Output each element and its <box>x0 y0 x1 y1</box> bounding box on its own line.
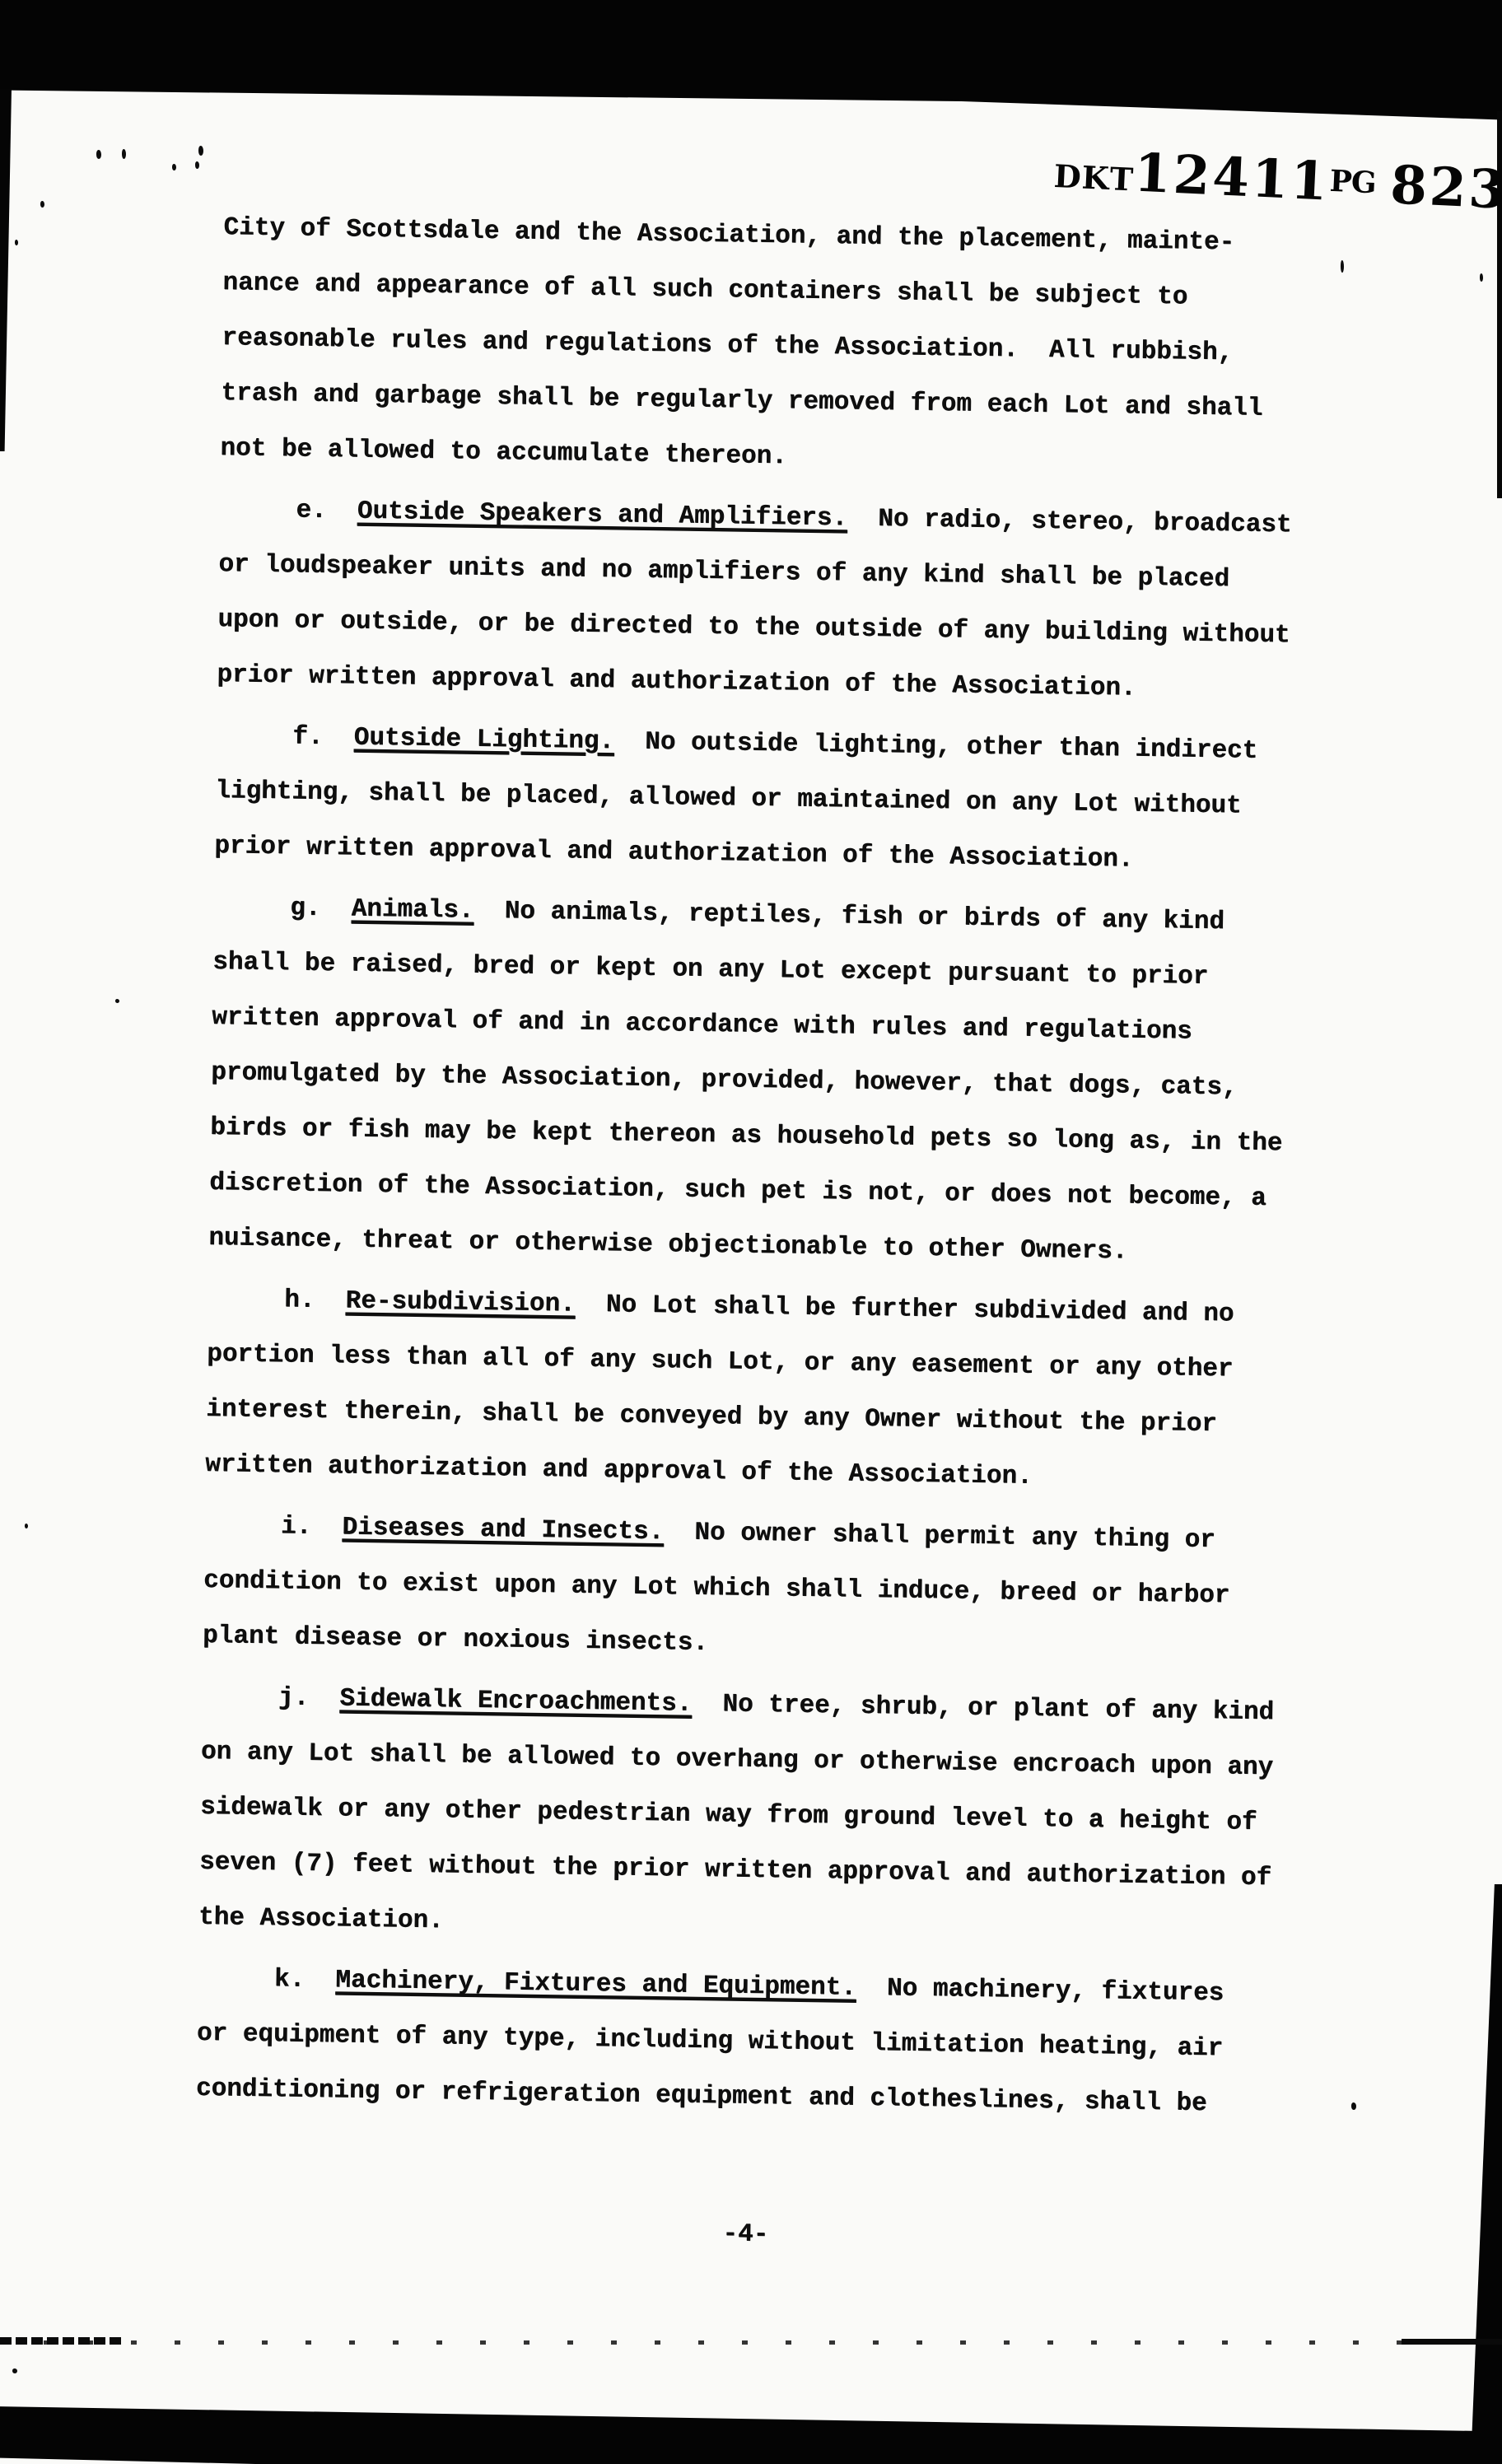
scan-band-top <box>0 0 1502 124</box>
page-number: -4- <box>194 2199 1298 2270</box>
scan-edge-right-wedge <box>1471 1884 1502 2464</box>
scan-speck <box>96 150 101 159</box>
paragraph: City of Scottsdale and the Association, … <box>220 200 1327 492</box>
section-intro: No machinery, fixtures <box>856 1974 1224 2009</box>
section-intro: No tree, shrub, or plant of any kind <box>692 1690 1274 1727</box>
scan-speck <box>115 999 119 1003</box>
scan-speck <box>25 1524 28 1528</box>
stamp-page-number: 823 <box>1389 154 1502 222</box>
paragraph: h. Re-subdivision. No Lot shall be furth… <box>205 1272 1312 1509</box>
section-letter: h. <box>208 1285 346 1315</box>
paragraph-intro: City of Scottsdale and the Association, … <box>223 213 1234 257</box>
section-letter: f. <box>216 721 354 752</box>
stamp-docket-number: 12411 <box>1133 142 1332 213</box>
section-intro: No owner shall permit any thing or <box>664 1518 1215 1555</box>
section-title: Re-subdivision. <box>345 1286 576 1318</box>
section-title: Outside Lighting. <box>354 723 615 756</box>
section-intro: No Lot shall be further subdivided and n… <box>575 1290 1234 1328</box>
stamp-docket-label: DKT <box>1053 157 1135 198</box>
scan-band-bottom <box>0 2388 1502 2464</box>
section-letter: g. <box>213 893 352 923</box>
paragraph: j. Sidewalk Encroachments. No tree, shru… <box>198 1669 1306 1962</box>
recorder-stamp: DKT12411PG823 <box>1052 138 1502 222</box>
scan-speck <box>198 146 203 156</box>
section-letter: j. <box>202 1682 340 1713</box>
paragraph: g. Animals. No animals, reptiles, fish o… <box>208 880 1318 1282</box>
scan-speck <box>122 149 126 159</box>
section-letter: i. <box>204 1511 343 1542</box>
section-intro: No outside lighting, other than indirect <box>614 727 1258 766</box>
sections-container: City of Scottsdale and the Association, … <box>195 200 1327 2133</box>
scan-speck <box>1480 273 1483 282</box>
paragraph: e. Outside Speakers and Amplifiers. No r… <box>217 482 1323 719</box>
section-title: Sidewalk Encroachments. <box>339 1684 692 1718</box>
section-intro: No animals, reptiles, fish or birds of a… <box>473 897 1224 937</box>
scan-speck <box>1341 260 1344 273</box>
paragraph: i. Diseases and Insects. No owner shall … <box>203 1498 1308 1680</box>
section-title: Animals. <box>351 894 473 925</box>
scan-speck <box>15 240 18 245</box>
section-letter: e. <box>219 495 357 525</box>
scan-speck <box>40 201 44 208</box>
scan-dotted-line <box>0 2340 1502 2345</box>
scan-dotted-line-left <box>0 2337 124 2345</box>
paragraph: k. Machinery, Fixtures and Equipment. No… <box>195 1951 1301 2133</box>
section-title: Machinery, Fixtures and Equipment. <box>335 1966 856 2002</box>
scan-speck <box>172 164 176 170</box>
scanned-document-page: DKT12411PG823 City of Scottsdale and the… <box>0 0 1502 2464</box>
scan-speck <box>12 2368 17 2373</box>
section-letter: k. <box>198 1964 336 1995</box>
paragraph: f. Outside Lighting. No outside lighting… <box>214 708 1320 890</box>
scan-speck <box>1351 2102 1356 2110</box>
document-body: City of Scottsdale and the Association, … <box>194 200 1327 2270</box>
scan-dotted-line-right <box>1402 2339 1502 2345</box>
section-title: Outside Speakers and Amplifiers. <box>357 497 848 533</box>
scan-speck <box>195 161 199 169</box>
stamp-page-label: PG <box>1329 164 1377 201</box>
section-title: Diseases and Insects. <box>342 1513 664 1547</box>
scan-edge-left <box>0 89 12 451</box>
section-intro: No radio, stereo, broadcast <box>847 504 1292 539</box>
